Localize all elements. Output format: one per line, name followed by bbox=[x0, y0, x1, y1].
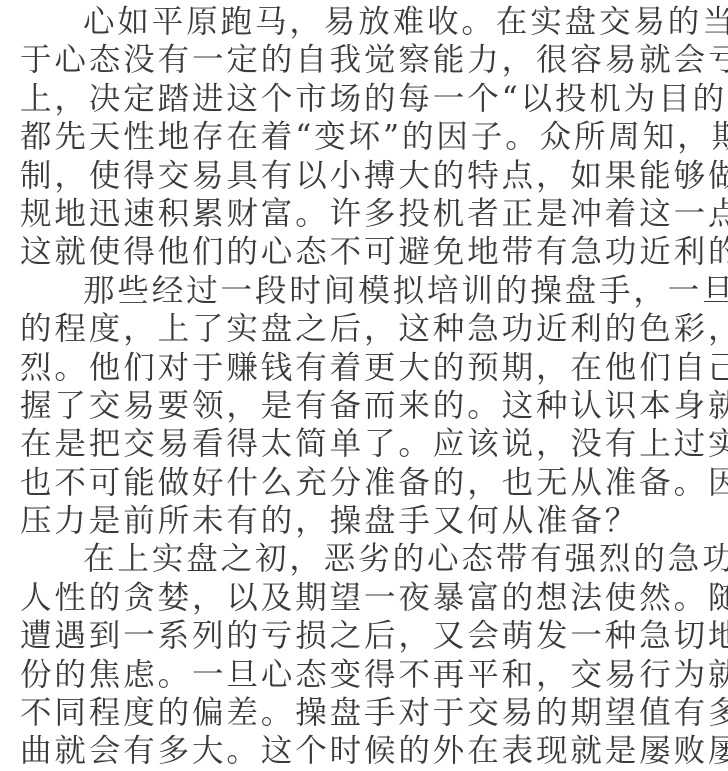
paragraph-2: 那些经过一段时间模拟培训的操盘手，一旦能够达到稳定盈利 的程度，上了实盘之后，这… bbox=[20, 272, 714, 541]
paragraph-1: 心如平原跑马，易放难收。在实盘交易的当下，如果操盘手对 于心态没有一定的自我觉察… bbox=[20, 3, 714, 272]
text-line: 的程度，上了实盘之后，这种急功近利的色彩，就会表现得更加强 bbox=[20, 310, 714, 348]
text-line: 上，决定踏进这个市场的每一个“以投机为目的”的交易者，心态 bbox=[20, 80, 714, 118]
text-line: 在上实盘之初，恶劣的心态带有强烈的急功近利的色彩。这是 bbox=[20, 540, 714, 578]
text-line: 不同程度的偏差。操盘手对于交易的期望值有多大，交易行为的扭 bbox=[20, 694, 714, 732]
text-line: 规地迅速积累财富。许多投机者正是冲着这一点踏进这个市场的， bbox=[20, 195, 714, 233]
text-line: 那些经过一段时间模拟培训的操盘手，一旦能够达到稳定盈利 bbox=[20, 272, 714, 310]
text-line: 心如平原跑马，易放难收。在实盘交易的当下，如果操盘手对 bbox=[20, 3, 714, 41]
text-line: 份的焦虑。一旦心态变得不再平和，交易行为就会立竿见影地产生 bbox=[20, 656, 714, 694]
paragraph-3: 在上实盘之初，恶劣的心态带有强烈的急功近利的色彩。这是 人性的贪婪，以及期望一夜… bbox=[20, 540, 714, 770]
text-line: 遭遇到一系列的亏损之后，又会萌发一种急切地想要证明自己新身 bbox=[20, 617, 714, 655]
text-line: 制，使得交易具有以小搏大的特点，如果能够做好，就可以突破常 bbox=[20, 157, 714, 195]
text-line: 人性的贪婪，以及期望一夜暴富的想法使然。随着交易的进行，在 bbox=[20, 579, 714, 617]
text-line: 这就使得他们的心态不可避免地带有急功近利的机会主义色彩。 bbox=[20, 233, 714, 271]
text-line: 在是把交易看得太简单了。应该说，没有上过实盘的操盘手，永远 bbox=[20, 425, 714, 463]
document-page: 心如平原跑马，易放难收。在实盘交易的当下，如果操盘手对 于心态没有一定的自我觉察… bbox=[20, 3, 714, 771]
text-line: 于心态没有一定的自我觉察能力，很容易就会亏得一塌糊涂。事实 bbox=[20, 41, 714, 79]
text-line: 压力是前所未有的，操盘手又何从准备？ bbox=[20, 502, 714, 540]
text-line: 握了交易要领，是有备而来的。这种认识本身就有一定的偏差，实 bbox=[20, 387, 714, 425]
text-line: 都先天性地存在着“变坏”的因子。众所周知，期货市场的杠杆机 bbox=[20, 118, 714, 156]
text-line: 也不可能做好什么充分准备的，也无从准备。因为来自实盘的真实 bbox=[20, 464, 714, 502]
text-line: 烈。他们对于赚钱有着更大的预期，在他们自己看来，他们已然掌 bbox=[20, 349, 714, 387]
text-line: 曲就会有多大。这个时候的外在表现就是屡败屡战，力图把亏损的 bbox=[20, 732, 714, 770]
